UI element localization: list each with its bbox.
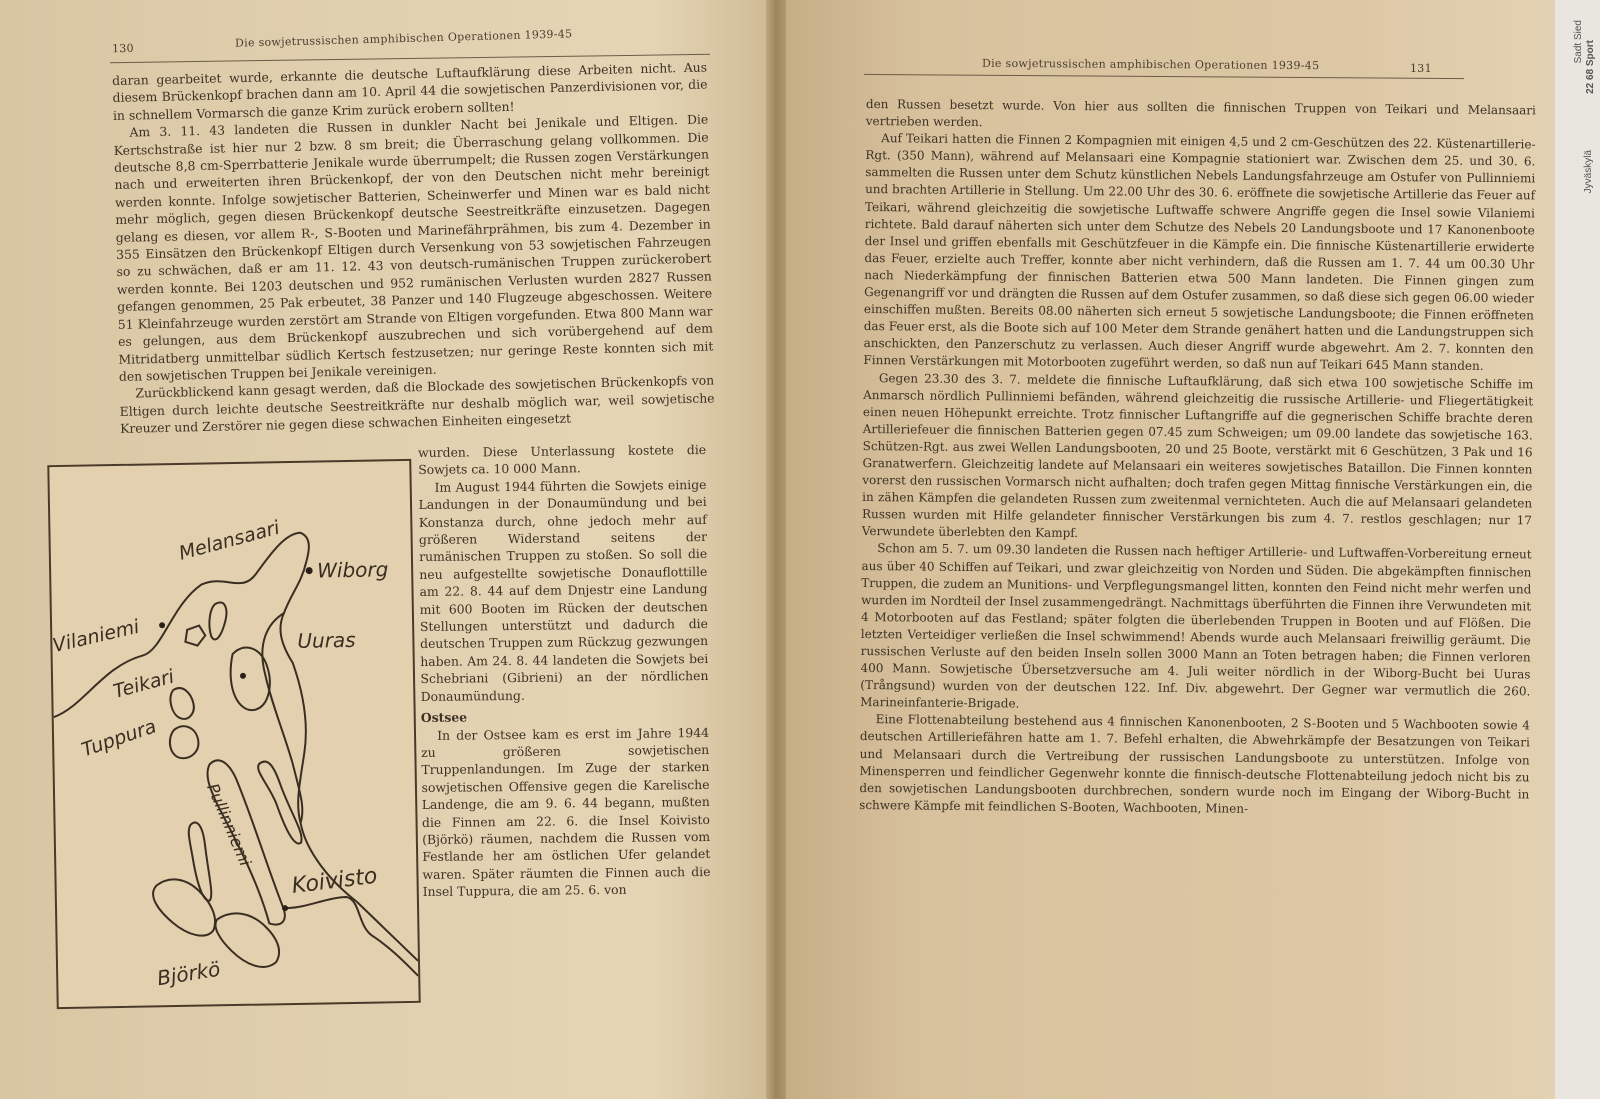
page-number-right: 131 <box>1410 62 1432 75</box>
paragraph: Schon am 5. 7. um 09.30 landeten die Rus… <box>860 540 1532 717</box>
newspaper-fragment: Jyväskylä <box>1583 150 1594 193</box>
newspaper-fragment: 22 68 Sport <box>1585 40 1596 94</box>
map-karelian-isthmus: Melansaari Wiborg Vilaniemi Teikari Uura… <box>47 459 420 1009</box>
running-head-left: Die sowjetrussischen amphibischen Operat… <box>235 27 573 49</box>
right-page: Die sowjetrussischen amphibischen Operat… <box>786 0 1566 1099</box>
town-marker-wiborg <box>306 567 313 574</box>
paragraph: Gegen 23.30 des 3. 7. meldete die finnis… <box>862 369 1534 546</box>
open-book-spread: 130 Die sowjetrussischen amphibischen Op… <box>0 0 1600 1099</box>
paragraph: In der Ostsee kam es erst im Jahre 1944 … <box>421 723 711 900</box>
map-label-vilaniemi: Vilaniemi <box>51 616 142 657</box>
map-label-bjorko: Björkö <box>155 957 222 991</box>
paragraph: Eine Flottenabteilung bestehend aus 4 fi… <box>859 711 1530 820</box>
background-newspaper: Sadt Sied 22 68 Sport Jyväskylä <box>1555 0 1600 1099</box>
map-label-koivisto: Koivisto <box>290 864 378 899</box>
header-rule-right <box>864 74 1464 79</box>
map-label-teikari: Teikari <box>111 665 177 702</box>
map-label-pullinniemi: Pullinniemi <box>203 781 255 870</box>
town-marker-vilaniemi <box>159 622 165 628</box>
map-illustration: Melansaari Wiborg Vilaniemi Teikari Uura… <box>49 461 418 1007</box>
map-label-tuppura: Tuppura <box>79 715 159 761</box>
map-label-melansaari: Melansaari <box>177 517 283 565</box>
right-page-body: den Russen besetzt wurde. Von hier aus s… <box>859 96 1536 820</box>
page-number-left: 130 <box>112 42 134 55</box>
newspaper-fragment: Sadt Sied <box>1573 20 1584 63</box>
left-column-text: wurden. Diese Unterlassung kostete die S… <box>418 441 711 901</box>
paragraph: wurden. Diese Unterlassung kostete die S… <box>418 441 706 479</box>
paragraph: Auf Teikari hatten die Finnen 2 Kompagni… <box>863 130 1535 376</box>
paragraph: Am 3. 11. 43 landeten die Russen in dunk… <box>113 111 714 386</box>
map-label-uuras: Uuras <box>297 628 356 653</box>
map-label-wiborg: Wiborg <box>317 557 389 582</box>
town-marker-uuras <box>240 673 246 679</box>
left-page: 130 Die sowjetrussischen amphibischen Op… <box>0 0 768 1099</box>
running-head-right: Die sowjetrussischen amphibischen Operat… <box>982 57 1319 72</box>
paragraph: Im August 1944 führten die Sowjets einig… <box>418 476 708 705</box>
book-gutter <box>766 0 788 1099</box>
left-page-body: daran gearbeitet wurde, erkannte die deu… <box>112 59 715 438</box>
